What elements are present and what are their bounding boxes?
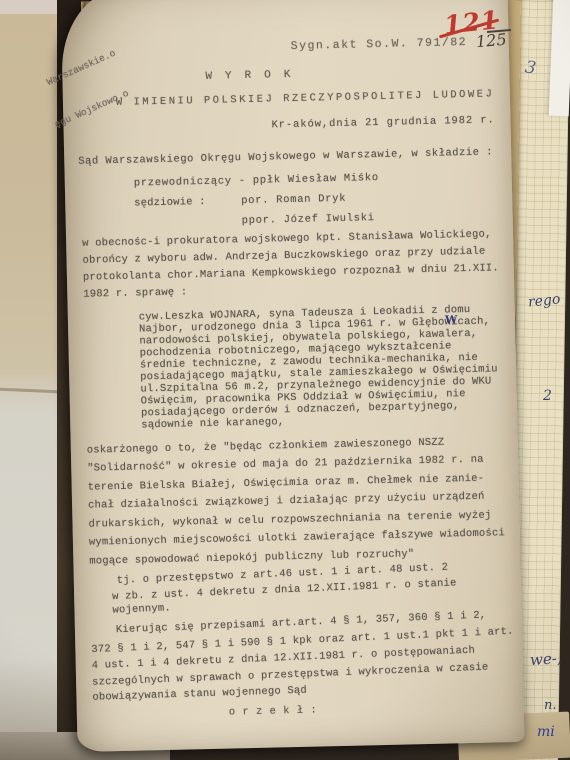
- judge-1: por. Roman Dryk: [241, 193, 346, 207]
- dateline: Kr-aków,dnia 21 grudnia 1982 r.: [271, 114, 494, 131]
- margin-note-two: 2: [543, 388, 552, 404]
- case-reference: Sygn.akt So.W. 791/82: [291, 36, 468, 53]
- presence-line: protokolanta chor.Mariana Kempkowskiego …: [83, 262, 499, 283]
- presence-line: 1982 r. sprawę :: [83, 286, 187, 300]
- charge-line: drukarskich, wykonał w celu rozpowszechn…: [88, 510, 491, 531]
- charge-line: "Solidarność" w okresie od maja do 21 pa…: [87, 454, 484, 475]
- right-white-page-sliver: [549, 0, 570, 116]
- judge-2: ppor. Józef Iwulski: [242, 212, 375, 227]
- verdict-subtitle: W IMIENIU POLSKIEJ RZECZYPOSPOLITEJ LUDO…: [116, 88, 495, 109]
- qualification-line: wojennym.: [112, 602, 171, 616]
- verdict-title: W Y R O K: [205, 69, 293, 83]
- margin-note-we: we-,: [529, 649, 562, 669]
- charge-line: terenie Bielska Białej, Oświęcimia oraz …: [88, 473, 485, 494]
- margin-note-mi: mi: [537, 724, 555, 740]
- stamp-line: Warszawskie.o: [45, 47, 118, 90]
- ruling-word: o r z e k ł :: [229, 705, 318, 719]
- page-number: 125: [475, 30, 507, 52]
- margin-note-n: n.: [544, 698, 557, 713]
- charge-line: chał działalności związkowej i działając…: [88, 491, 485, 512]
- defendant-line: sądownie nie karanego,: [141, 416, 284, 431]
- court-composition-line: Sąd Warszawskiego Okręgu Wojskowego w Wa…: [78, 146, 493, 167]
- top-left-page-sliver: [0, 0, 64, 14]
- charge-line: wymienionych miejscowości ulotki zawiera…: [89, 527, 505, 548]
- margin-note-rego: rego: [527, 291, 561, 310]
- judges-label: sędziowie :: [134, 196, 206, 210]
- underlying-page-stack-left: [0, 0, 62, 748]
- handwritten-correction-w: W: [445, 313, 458, 326]
- presiding-judge-line: przewodniczący - ppłk Wiesław Miśko: [134, 172, 379, 190]
- charge-line: oskarżonego o to, że "będąc członkiem za…: [87, 437, 445, 457]
